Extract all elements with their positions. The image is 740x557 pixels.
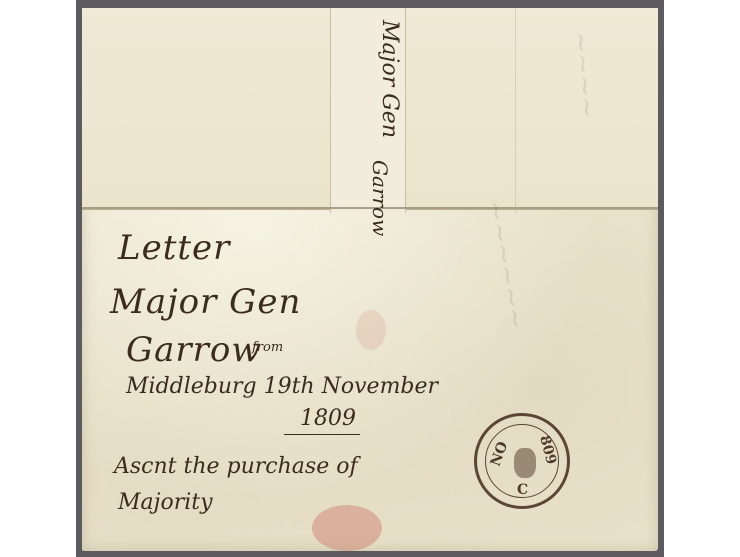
docket-place-date: Middleburg 19th November <box>126 374 438 399</box>
red-stain <box>312 505 382 551</box>
postmark: NO 809 C <box>474 413 570 509</box>
red-stain-faint <box>356 310 386 350</box>
docket-line-garrow: Garrow <box>126 330 262 370</box>
postmark-text-bottom: C <box>517 482 528 498</box>
docket-note-line2: Majority <box>118 490 213 515</box>
postmark-center-mark <box>514 448 536 478</box>
docket-year: 1809 <box>300 406 356 431</box>
fold-line-faint <box>515 8 516 213</box>
docket-note-line1: Ascnt the purchase of <box>114 454 358 479</box>
docket-line-major-gen: Major Gen <box>110 282 301 322</box>
docket-from: from <box>252 340 283 355</box>
vertical-address-upper: Major Gen <box>377 20 402 138</box>
year-underline <box>284 434 360 435</box>
vertical-address-lower: Garrow <box>368 160 392 236</box>
docket-line-letter: Letter <box>118 228 230 268</box>
